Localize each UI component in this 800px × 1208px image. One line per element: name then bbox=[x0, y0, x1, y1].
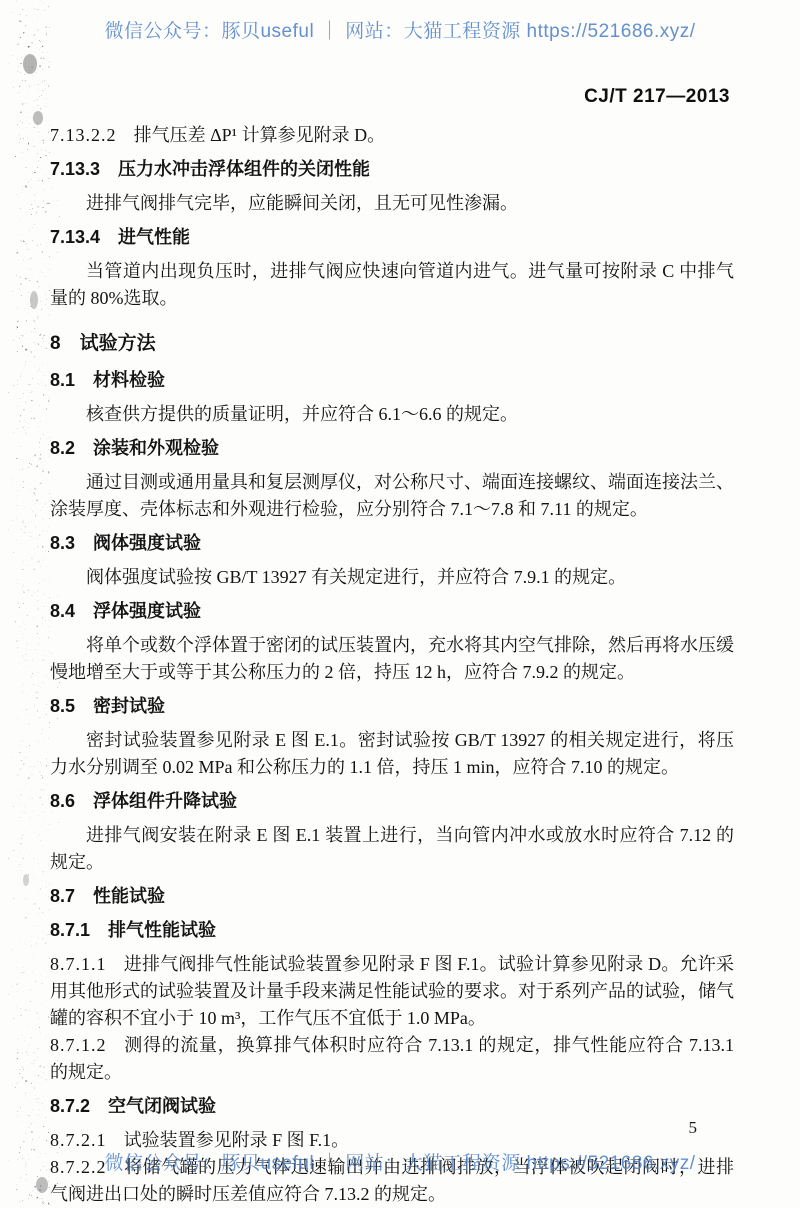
clause-paragraph: 7.13.2.2排气压差 ΔP¹ 计算参见附录 D。 bbox=[50, 122, 734, 149]
body-paragraph: 密封试验装置参见附录 E 图 E.1。密封试验按 GB/T 13927 的相关规… bbox=[50, 727, 734, 781]
section-heading: 8.3 阀体强度试验 bbox=[50, 530, 734, 557]
clause-number: 8.7.1.1 bbox=[50, 954, 107, 974]
document-page: 微信公众号：豚贝useful ｜ 网站：大猫工程资源 https://52168… bbox=[0, 0, 800, 1208]
section-heading: 8.6 浮体组件升降试验 bbox=[50, 788, 734, 815]
document-body: 7.13.2.2排气压差 ΔP¹ 计算参见附录 D。7.13.3 压力水冲击浮体… bbox=[50, 122, 734, 1208]
clause-text: 排气压差 ΔP¹ 计算参见附录 D。 bbox=[134, 125, 385, 145]
body-paragraph: 阀体强度试验按 GB/T 13927 有关规定进行，并应符合 7.9.1 的规定… bbox=[50, 564, 734, 591]
body-paragraph: 进排气阀排气完毕，应能瞬间关闭，且无可见性渗漏。 bbox=[50, 190, 734, 217]
section-heading: 8.1 材料检验 bbox=[50, 367, 734, 394]
clause-paragraph: 8.7.1.1进排气阀排气性能试验装置参见附录 F 图 F.1。试验计算参见附录… bbox=[50, 951, 734, 1032]
doc-code: CJ/T 217—2013 bbox=[584, 86, 730, 108]
section-heading: 8.2 涂装和外观检验 bbox=[50, 435, 734, 462]
section-heading: 8 试验方法 bbox=[50, 330, 734, 357]
clause-number: 7.13.2.2 bbox=[50, 125, 117, 145]
clause-text: 进排气阀排气性能试验装置参见附录 F 图 F.1。试验计算参见附录 D。允许采用… bbox=[50, 954, 734, 1028]
body-paragraph: 核查供方提供的质量证明，并应符合 6.1～6.6 的规定。 bbox=[50, 401, 734, 428]
watermark-top: 微信公众号：豚贝useful ｜ 网站：大猫工程资源 https://52168… bbox=[0, 16, 800, 43]
body-paragraph: 进排气阀安装在附录 E 图 E.1 装置上进行，当向管内冲水或放水时应符合 7.… bbox=[50, 822, 734, 876]
section-heading: 8.4 浮体强度试验 bbox=[50, 598, 734, 625]
section-heading: 8.7 性能试验 bbox=[50, 883, 734, 910]
body-paragraph: 当管道内出现负压时，进排气阀应快速向管道内进气。进气量可按附录 C 中排气量的 … bbox=[50, 258, 734, 312]
section-heading: 7.13.3 压力水冲击浮体组件的关闭性能 bbox=[50, 156, 734, 183]
watermark-bottom: 微信公众号：豚贝useful ｜ 网站：大猫工程资源 https://52168… bbox=[0, 1148, 800, 1175]
body-paragraph: 通过目测或通用量具和复层测厚仪，对公称尺寸、端面连接螺纹、端面连接法兰、涂装厚度… bbox=[50, 469, 734, 523]
clause-text: 测得的流量，换算排气体积时应符合 7.13.1 的规定，排气性能应符合 7.13… bbox=[50, 1035, 734, 1082]
clause-number: 8.7.1.2 bbox=[50, 1035, 107, 1055]
body-paragraph: 将单个或数个浮体置于密闭的试压装置内，充水将其内空气排除，然后再将水压缓慢地增至… bbox=[50, 632, 734, 686]
page-number: 5 bbox=[689, 1118, 698, 1138]
section-heading: 7.13.4 进气性能 bbox=[50, 224, 734, 251]
clause-paragraph: 8.7.1.2测得的流量，换算排气体积时应符合 7.13.1 的规定，排气性能应… bbox=[50, 1032, 734, 1086]
section-heading: 8.7.2 空气闭阀试验 bbox=[50, 1093, 734, 1120]
clause-number: 8.7.2.1 bbox=[50, 1130, 107, 1150]
section-heading: 8.7.1 排气性能试验 bbox=[50, 917, 734, 944]
section-heading: 8.5 密封试验 bbox=[50, 693, 734, 720]
clause-text: 试验装置参见附录 F 图 F.1。 bbox=[124, 1130, 350, 1150]
